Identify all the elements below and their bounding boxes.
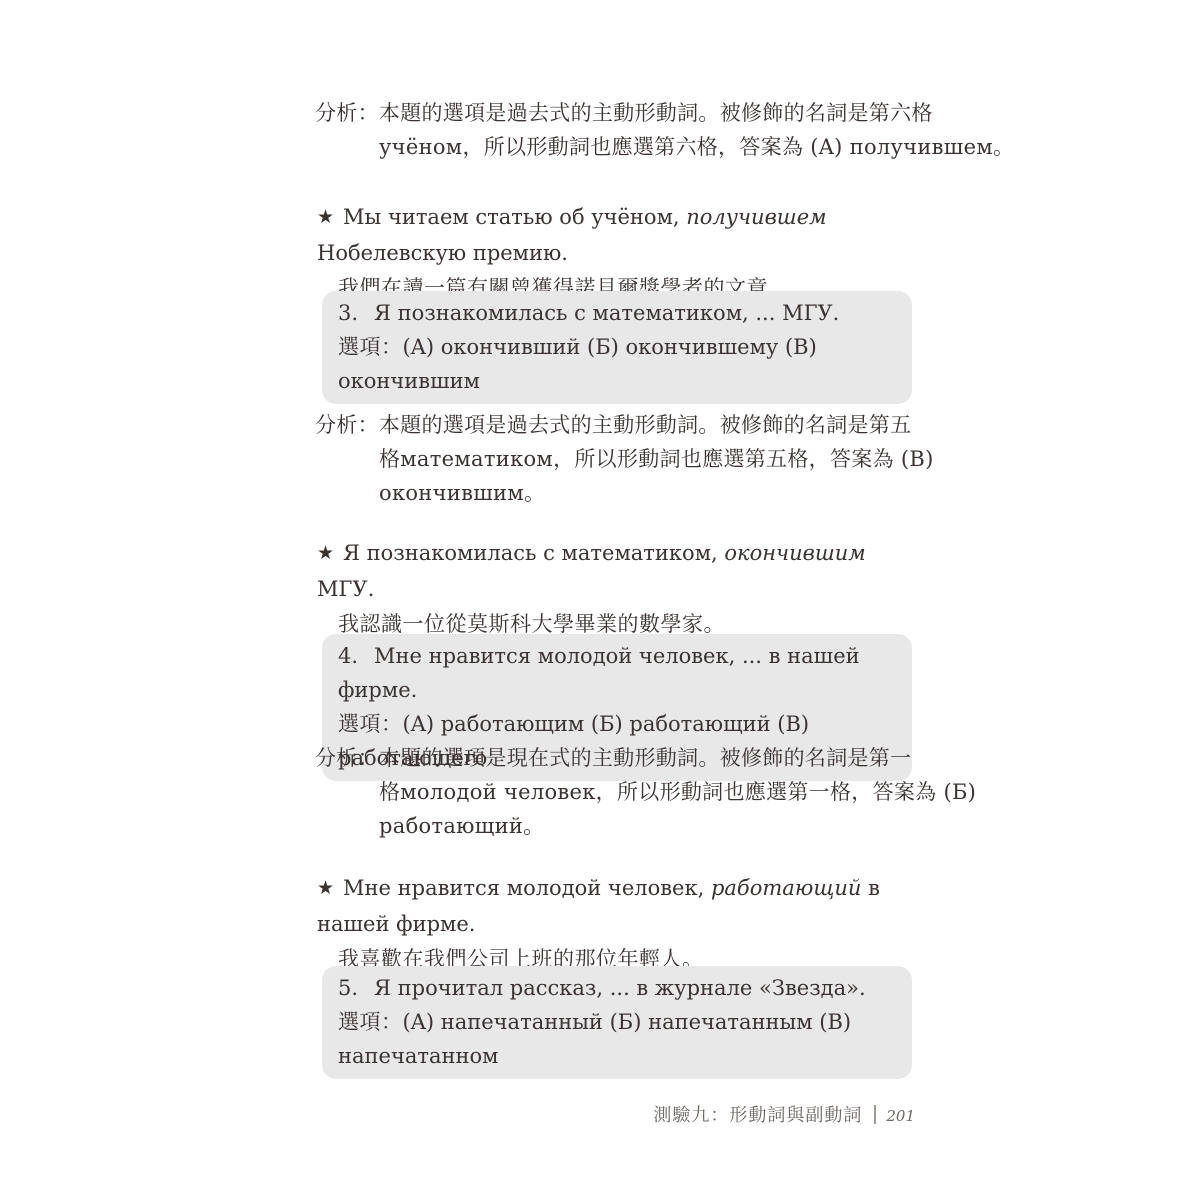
- russian-participle-italic: работающий: [711, 876, 861, 900]
- analysis-line: окончившим。: [315, 476, 917, 510]
- example-russian-line: ★Мы читаем статью об учёном, получившем …: [317, 200, 917, 271]
- options-label: 選項：: [338, 335, 403, 359]
- russian-text: Мы читаем статью об учёном,: [343, 205, 686, 229]
- russian-text: Мне нравится молодой человек,: [343, 876, 711, 900]
- analysis-text: 本題的選項是過去式的主動形動詞。被修飾的名詞是第六格: [379, 101, 933, 125]
- analysis-line: 格математиком，所以形動詞也應選第五格，答案為 (В): [315, 442, 917, 476]
- options-line: 選項：(A) окончивший (Б) окончившему (В) ок…: [338, 330, 896, 398]
- question-line: 4.Мне нравится молодой человек, ... в на…: [338, 639, 896, 707]
- page-footer: 測驗九：形動詞與副動詞201: [315, 1103, 915, 1129]
- analysis-block-1: 分析：本題的選項是過去式的主動形動詞。被修飾的名詞是第六格 учёном，所以形…: [315, 96, 917, 164]
- question-text: Я познакомилась с математиком, ... МГУ.: [374, 301, 839, 325]
- analysis-line: работающий。: [315, 809, 917, 843]
- example-sentence-2: ★Я познакомилась с математиком, окончивш…: [317, 536, 917, 642]
- question-number: 4.: [338, 644, 358, 668]
- question-text: Мне нравится молодой человек, ... в наше…: [338, 644, 860, 702]
- options-text: (A) окончивший (Б) окончившему (В) оконч…: [338, 335, 817, 393]
- book-page: 分析：本題的選項是過去式的主動形動詞。被修飾的名詞是第六格 учёном，所以形…: [0, 0, 1200, 1200]
- analysis-line: 分析：本題的選項是過去式的主動形動詞。被修飾的名詞是第五: [315, 408, 917, 442]
- question-line: 3.Я познакомилась с математиком, ... МГУ…: [338, 296, 896, 330]
- analysis-label: 分析：: [315, 746, 379, 770]
- russian-text: Нобелевскую премию.: [317, 241, 568, 265]
- analysis-line: 分析：本題的選項是現在式的主動形動詞。被修飾的名詞是第一: [315, 741, 917, 775]
- analysis-line: 格молодой человек，所以形動詞也應選第一格，答案為 (Б): [315, 775, 917, 809]
- question-number: 5.: [338, 976, 358, 1000]
- analysis-label: 分析：: [315, 413, 379, 437]
- options-line: 選項：(A) напечатанный (Б) напечатанным (В)…: [338, 1005, 896, 1073]
- page-number: 201: [886, 1107, 915, 1125]
- options-text: (A) напечатанный (Б) напечатанным (В) на…: [338, 1010, 851, 1068]
- analysis-text: 本題的選項是現在式的主動形動詞。被修飾的名詞是第一: [379, 746, 912, 770]
- question-box-3: 3.Я познакомилась с математиком, ... МГУ…: [322, 291, 912, 404]
- question-text: Я прочитал рассказ, ... в журнале «Звезд…: [374, 976, 866, 1000]
- russian-text: Я познакомилась с математиком,: [343, 541, 724, 565]
- chapter-title: 測驗九：形動詞與副動詞: [653, 1105, 862, 1126]
- analysis-line: 分析：本題的選項是過去式的主動形動詞。被修飾的名詞是第六格: [315, 96, 917, 130]
- russian-participle-italic: окончившим: [724, 541, 865, 565]
- question-box-5: 5.Я прочитал рассказ, ... в журнале «Зве…: [322, 966, 912, 1079]
- example-sentence-3: ★Мне нравится молодой человек, работающи…: [317, 871, 917, 977]
- example-russian-line: ★Мне нравится молодой человек, работающи…: [317, 871, 917, 942]
- analysis-block-2: 分析：本題的選項是過去式的主動形動詞。被修飾的名詞是第五 格математико…: [315, 408, 917, 510]
- options-label: 選項：: [338, 1010, 403, 1034]
- question-number: 3.: [338, 301, 358, 325]
- analysis-block-3: 分析：本題的選項是現在式的主動形動詞。被修飾的名詞是第一 格молодой че…: [315, 741, 917, 843]
- russian-participle-italic: получившем: [686, 205, 826, 229]
- analysis-line: учёном，所以形動詞也應選第六格，答案為 (A) получившем。: [315, 130, 917, 164]
- text-column: 分析：本題的選項是過去式的主動形動詞。被修飾的名詞是第六格 учёном，所以形…: [315, 0, 915, 1200]
- example-russian-line: ★Я познакомилась с математиком, окончивш…: [317, 536, 917, 607]
- star-icon: ★: [317, 877, 334, 899]
- question-line: 5.Я прочитал рассказ, ... в журнале «Зве…: [338, 971, 896, 1005]
- russian-text: МГУ.: [317, 577, 374, 601]
- options-label: 選項：: [338, 712, 403, 736]
- star-icon: ★: [317, 542, 334, 564]
- footer-divider: [874, 1105, 876, 1124]
- analysis-label: 分析：: [315, 101, 379, 125]
- analysis-text: 本題的選項是過去式的主動形動詞。被修飾的名詞是第五: [379, 413, 912, 437]
- star-icon: ★: [317, 206, 334, 228]
